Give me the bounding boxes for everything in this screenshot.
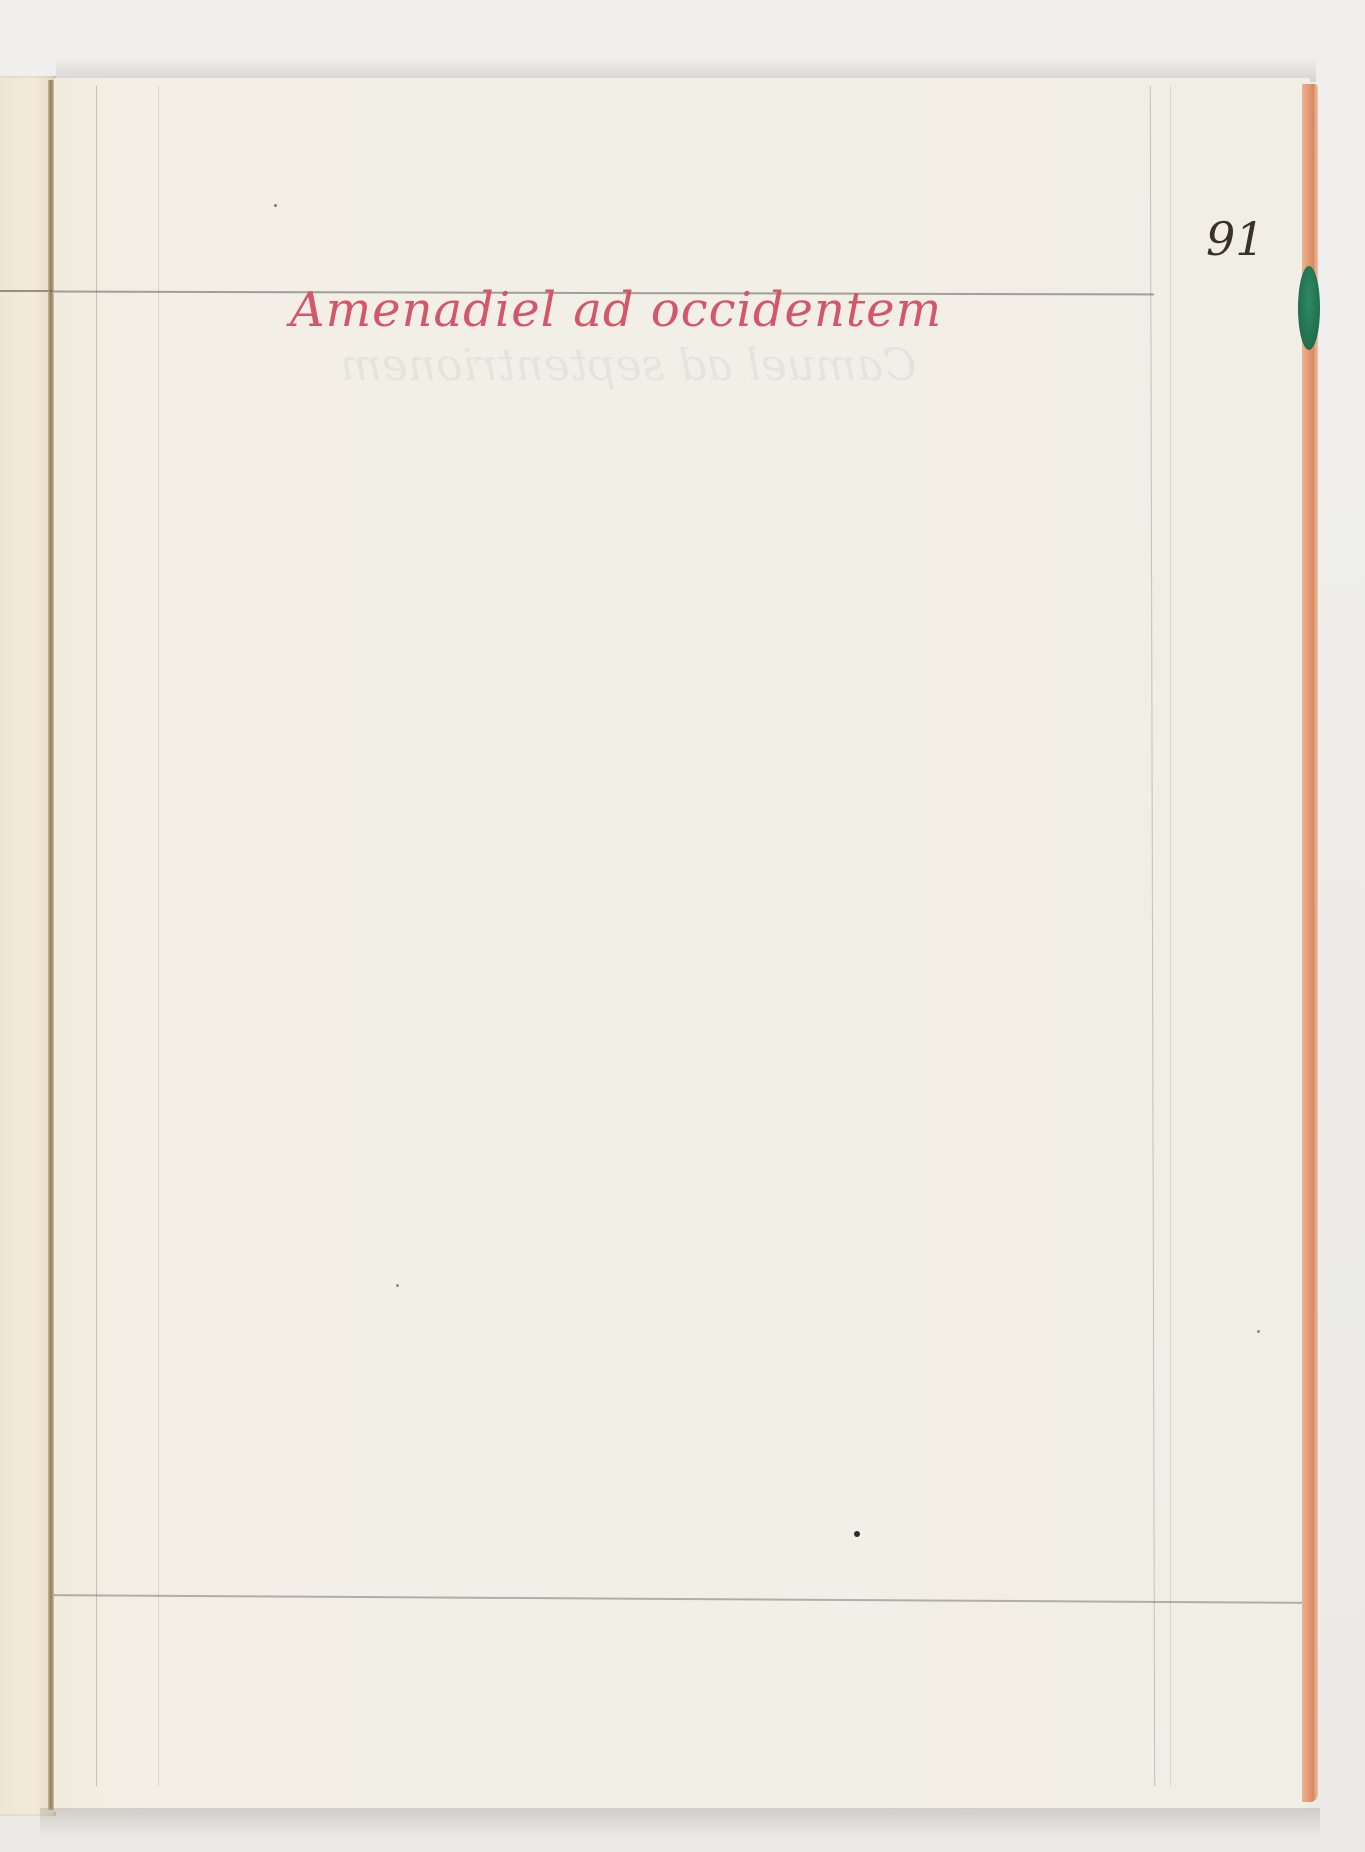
ink-speck (1257, 1330, 1260, 1333)
show-through-text: Camuel ad septentrionem (340, 340, 917, 391)
left-margin-line (96, 86, 97, 1786)
page-heading: Amenadiel ad occidentem (290, 282, 942, 338)
left-inner-margin-line (158, 86, 159, 1786)
binding-gutter (48, 80, 54, 1810)
ink-speck (396, 1284, 399, 1287)
ink-speck (854, 1531, 860, 1537)
manuscript-page (54, 78, 1310, 1812)
green-thumb-tab (1298, 266, 1320, 350)
folio-number: 91 (1206, 212, 1265, 266)
ink-speck (274, 204, 277, 207)
right-outer-margin-line (1170, 86, 1171, 1786)
page-bottom-shadow (40, 1808, 1320, 1838)
